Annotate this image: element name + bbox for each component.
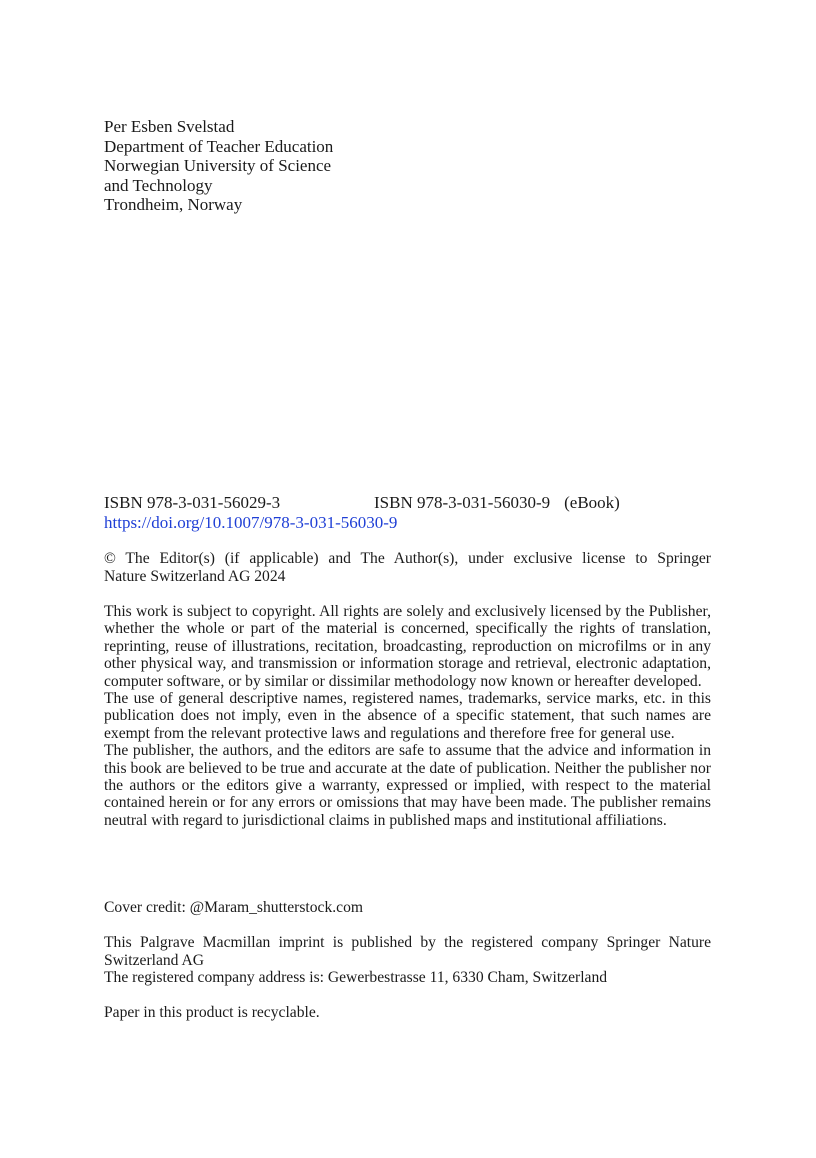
isbn-ebook-group: ISBN 978-3-031-56030-9(eBook): [374, 493, 620, 513]
author-department: Department of Teacher Education: [104, 137, 711, 157]
legal-paragraph-rights: This work is subject to copyright. All r…: [104, 603, 711, 690]
cover-credit: Cover credit: @Maram_shutterstock.com: [104, 899, 711, 917]
author-name: Per Esben Svelstad: [104, 117, 711, 137]
ebook-tag: (eBook): [564, 493, 620, 512]
copyright-notice: © The Editor(s) (if applicable) and The …: [104, 550, 711, 586]
isbn-block: ISBN 978-3-031-56029-3 ISBN 978-3-031-56…: [104, 493, 711, 533]
imprint-address: The registered company address is: Gewer…: [104, 969, 711, 987]
imprint-publisher: This Palgrave Macmillan imprint is publi…: [104, 934, 711, 969]
copyright-line1: © The Editor(s) (if applicable) and The …: [104, 550, 711, 568]
legal-paragraph-trademarks: The use of general descriptive names, re…: [104, 690, 711, 742]
author-university-line2: and Technology: [104, 176, 711, 196]
author-university-line1: Norwegian University of Science: [104, 156, 711, 176]
legal-notice: This work is subject to copyright. All r…: [104, 603, 711, 829]
isbn-ebook: ISBN 978-3-031-56030-9: [374, 493, 550, 512]
copyright-page: Per Esben Svelstad Department of Teacher…: [0, 0, 816, 1158]
legal-paragraph-disclaimer: The publisher, the authors, and the edit…: [104, 742, 711, 829]
doi-link[interactable]: https://doi.org/10.1007/978-3-031-56030-…: [104, 513, 397, 532]
recycle-note: Paper in this product is recyclable.: [104, 1004, 711, 1022]
isbn-row: ISBN 978-3-031-56029-3 ISBN 978-3-031-56…: [104, 493, 711, 513]
isbn-print: ISBN 978-3-031-56029-3: [104, 493, 280, 513]
author-location: Trondheim, Norway: [104, 195, 711, 215]
copyright-line2: Nature Switzerland AG 2024: [104, 568, 711, 586]
author-affiliation: Per Esben Svelstad Department of Teacher…: [104, 117, 711, 215]
imprint-info: This Palgrave Macmillan imprint is publi…: [104, 934, 711, 987]
